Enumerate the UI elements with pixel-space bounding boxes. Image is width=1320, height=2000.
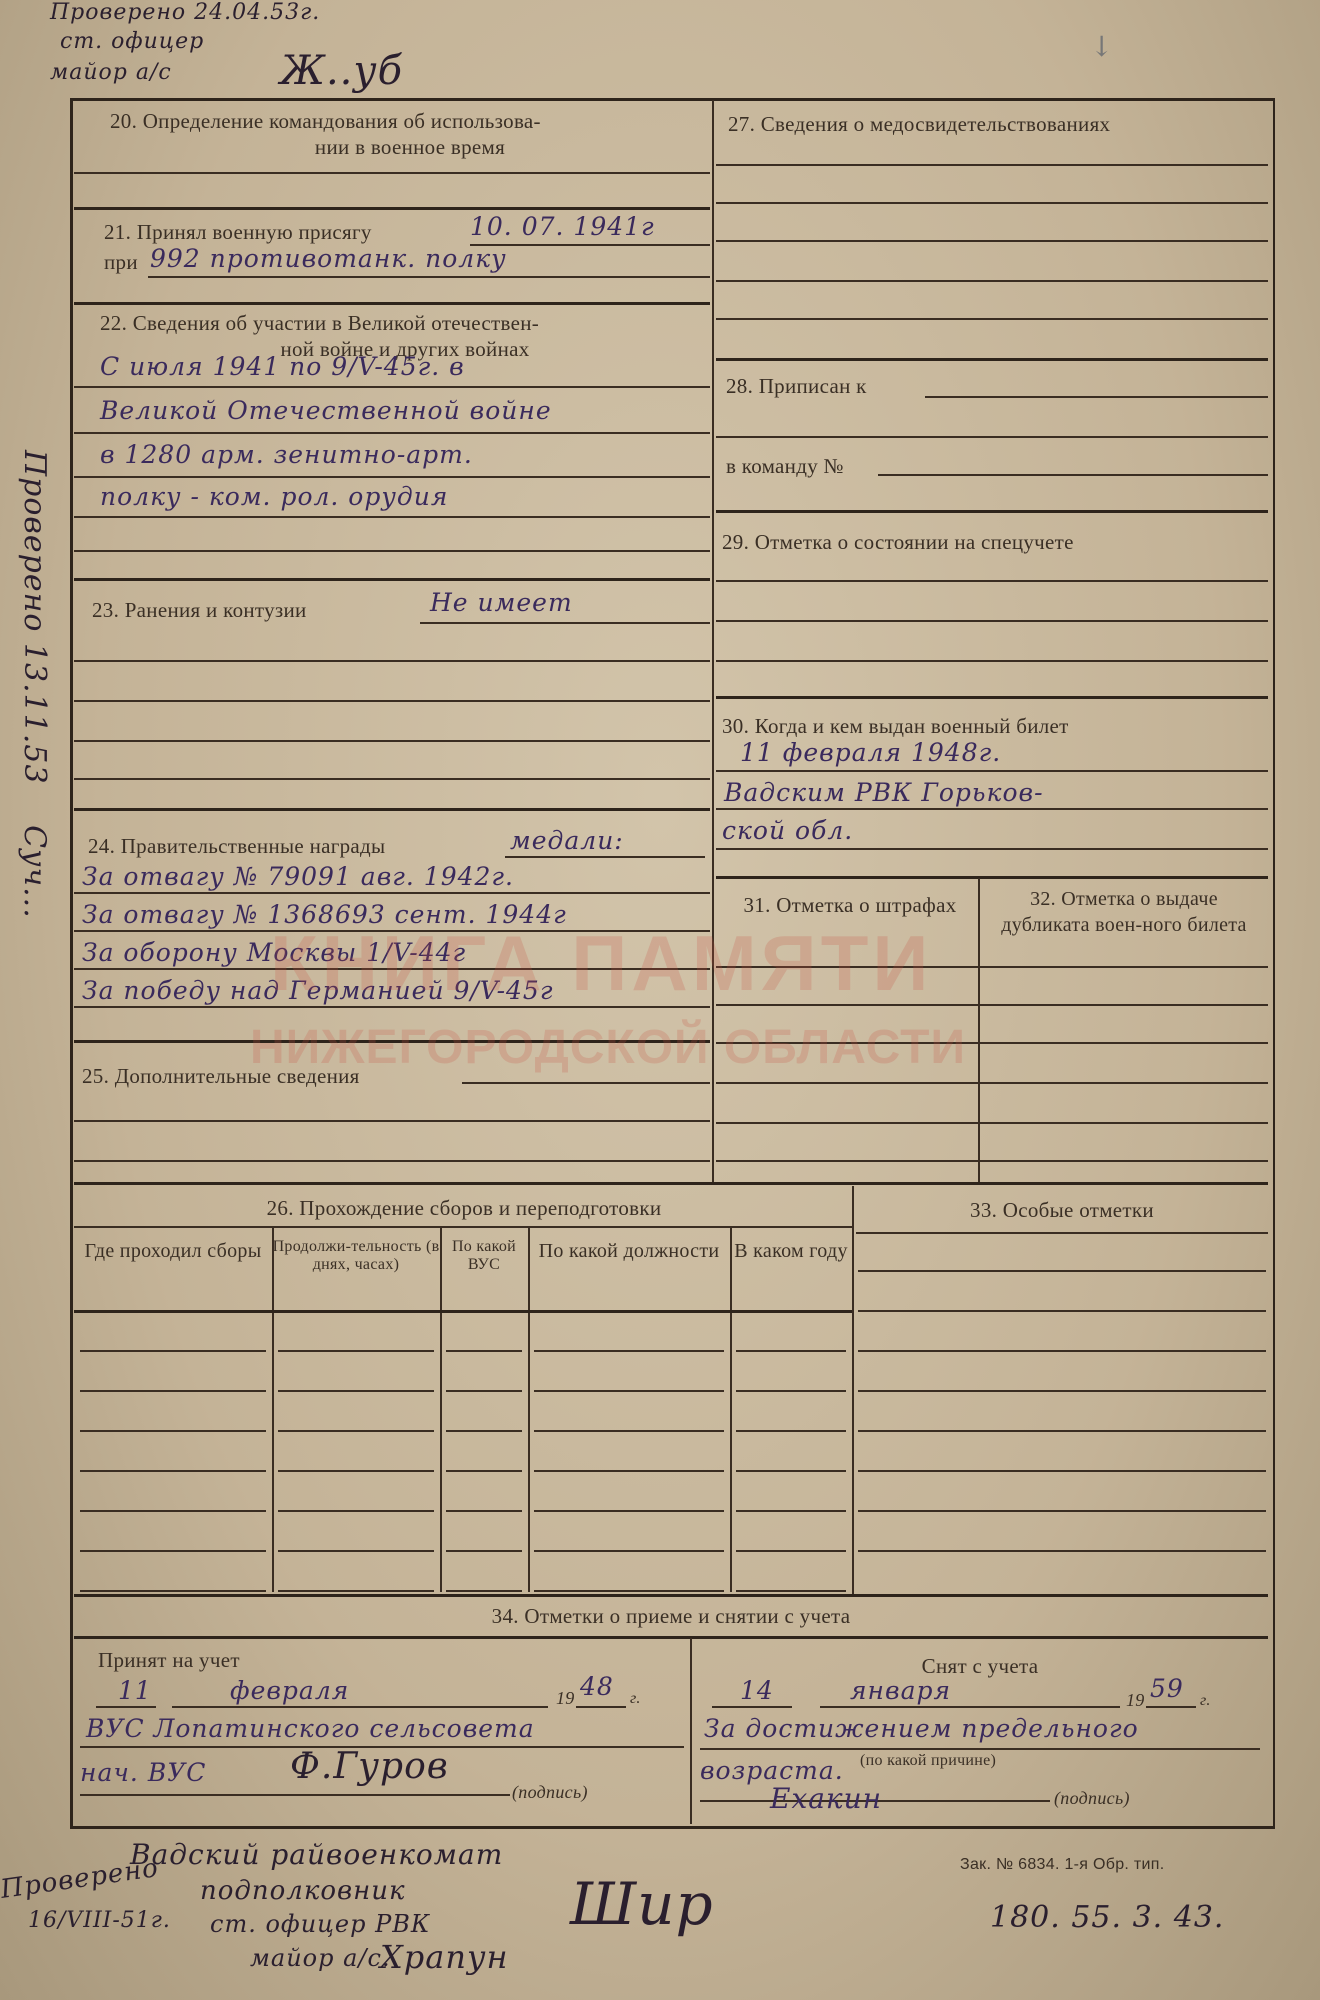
section-29-label: 29. Отметка о состоянии на спецучете <box>722 530 1074 555</box>
table-cell <box>278 1350 434 1352</box>
removed-signature: Ехакин <box>770 1782 882 1815</box>
removed-signature-label: (подпись) <box>1054 1788 1130 1809</box>
footer-rank: подполковник <box>200 1876 406 1906</box>
team-number-field <box>878 474 1268 476</box>
table-cell <box>534 1590 724 1592</box>
table-cell <box>446 1430 522 1432</box>
section-20-label: 20. Определение командования об использо… <box>110 108 710 160</box>
assigned-to-field <box>925 396 1268 398</box>
accepted-chief-label: нач. ВУС <box>80 1758 206 1787</box>
accepted-year-suffix: г. <box>630 1690 641 1708</box>
removed-reason-1: За достижением предельного <box>704 1714 1139 1743</box>
accepted-year-prefix: 19 <box>556 1688 575 1709</box>
table-cell <box>446 1350 522 1352</box>
removed-year-suffix: г. <box>1200 1692 1211 1710</box>
table-column-header: Продолжи-тельность (в днях, часах) <box>272 1238 440 1274</box>
accepted-title: Принят на учет <box>98 1648 240 1673</box>
accepted-office: ВУС Лопатинского сельсовета <box>86 1714 535 1743</box>
archive-number: 180. 55. 3. 43. <box>990 1900 1224 1935</box>
military-id-issue-date: 11 февраля 1948г. <box>740 738 1001 767</box>
table-cell <box>534 1510 724 1512</box>
wounds-value: Не имеет <box>430 588 573 617</box>
section-23-label: 23. Ранения и контузии <box>92 598 307 623</box>
table-cell <box>278 1550 434 1552</box>
awards-header: медали: <box>510 826 624 855</box>
table-cell <box>80 1590 266 1592</box>
table-cell <box>278 1510 434 1512</box>
table-cell <box>534 1430 724 1432</box>
section-25-label: 25. Дополнительные сведения <box>82 1064 360 1089</box>
table-column-header: Где проходил сборы <box>74 1238 272 1264</box>
section-28-label: 28. Приписан к <box>726 374 867 399</box>
table-cell <box>278 1430 434 1432</box>
header-note-line1: Проверено 24.04.53г. <box>50 0 320 25</box>
section-21-label: 21. Принял военную присягу <box>104 220 372 245</box>
margin-check-note: Проверено 13.11.53 Суч... <box>17 450 52 919</box>
table-cell <box>736 1390 846 1392</box>
table-cell <box>736 1470 846 1472</box>
removed-year-prefix: 19 <box>1126 1690 1145 1711</box>
table-cell <box>446 1510 522 1512</box>
removed-reason-2: возраста. <box>700 1756 844 1785</box>
table-cell <box>278 1590 434 1592</box>
table-cell <box>278 1390 434 1392</box>
table-cell <box>80 1390 266 1392</box>
removed-month: января <box>850 1676 951 1705</box>
war-service-line-3: в 1280 арм. зенитно-арт. <box>100 440 473 469</box>
header-signature: Ж..уб <box>280 48 403 94</box>
war-service-line-1: С июля 1941 по 9/V-45г. в <box>100 352 465 381</box>
table-column-header: В каком году <box>730 1238 852 1264</box>
footer-signature-large: Шир <box>570 1870 714 1938</box>
training-table: Где проходил сборыПродолжи-тельность (в … <box>74 1228 852 1592</box>
section-30-label: 30. Когда и кем выдан военный билет <box>722 714 1069 739</box>
table-cell <box>534 1350 724 1352</box>
print-order-info: Зак. № 6834. 1-я Обр. тип. <box>960 1856 1164 1874</box>
footer-major: майор а/с. <box>250 1944 391 1972</box>
pencil-mark-icon: ↓ <box>1090 30 1114 63</box>
table-cell <box>534 1470 724 1472</box>
margin-note-text: Проверено 13.11.53 <box>17 450 52 785</box>
section-34-label: 34. Отметки о приеме и снятии с учета <box>74 1604 1268 1629</box>
table-cell <box>736 1350 846 1352</box>
section-27-label: 27. Сведения о медосвидетельствованиях <box>728 112 1110 137</box>
table-cell <box>534 1550 724 1552</box>
award-4: За победу над Германией 9/V-45г <box>82 976 553 1005</box>
table-cell <box>736 1550 846 1552</box>
footer-date: 16/VIII-51г. <box>28 1908 171 1933</box>
oath-unit: 992 противотанк. полку <box>150 244 507 273</box>
table-cell <box>80 1550 266 1552</box>
military-id-issuer-1: Вадским РВК Горьков- <box>724 778 1044 807</box>
accepted-year: 48 <box>580 1672 614 1701</box>
table-cell <box>736 1510 846 1512</box>
accepted-signature: Ф.Гуров <box>290 1746 449 1787</box>
table-cell <box>736 1590 846 1592</box>
table-column-header: По какой должности <box>528 1238 730 1264</box>
accepted-day: 11 <box>118 1676 152 1705</box>
table-cell <box>80 1430 266 1432</box>
table-cell <box>80 1470 266 1472</box>
oath-date: 10. 07. 1941г <box>470 212 655 241</box>
award-2: За отвагу № 1368693 сент. 1944г <box>82 900 567 929</box>
table-cell <box>446 1390 522 1392</box>
table-cell <box>278 1470 434 1472</box>
war-service-line-4: полку - ком. рол. орудия <box>100 482 448 511</box>
section-26-label: 26. Прохождение сборов и переподготовки <box>74 1196 854 1221</box>
award-1: За отвагу № 79091 авг. 1942г. <box>82 862 514 891</box>
footer-officer: ст. офицер РВК <box>210 1910 430 1938</box>
section-33-label: 33. Особые отметки <box>856 1198 1268 1223</box>
section-24-label: 24. Правительственные награды <box>88 834 385 859</box>
table-cell <box>80 1350 266 1352</box>
table-cell <box>446 1470 522 1472</box>
oath-unit-label: при <box>104 250 138 275</box>
table-cell <box>534 1390 724 1392</box>
award-3: За оборону Москвы 1/V-44г <box>82 938 466 967</box>
team-number-label: в команду № <box>726 454 844 479</box>
footer-office: Вадский райвоенкомат <box>130 1838 503 1871</box>
accepted-signature-label: (подпись) <box>512 1782 588 1803</box>
accepted-month: февраля <box>230 1676 349 1705</box>
table-cell <box>80 1510 266 1512</box>
margin-note-signature: Суч... <box>17 825 52 919</box>
footer-signature-small: Храпун <box>380 1938 509 1976</box>
section-32-label: 32. Отметка о выдаче дубликата воен-ного… <box>984 886 1264 938</box>
removed-reason-label: (по какой причине) <box>860 1752 996 1770</box>
table-cell <box>736 1430 846 1432</box>
removed-day: 14 <box>740 1676 774 1705</box>
table-cell <box>446 1590 522 1592</box>
war-service-line-2: Великой Отечественной войне <box>100 396 552 425</box>
table-column-header: По какой ВУС <box>440 1238 528 1274</box>
section-31-label: 31. Отметка о штрафах <box>730 892 970 918</box>
table-cell <box>446 1550 522 1552</box>
military-id-issuer-2: ской обл. <box>722 816 853 845</box>
removed-year: 59 <box>1150 1674 1184 1703</box>
